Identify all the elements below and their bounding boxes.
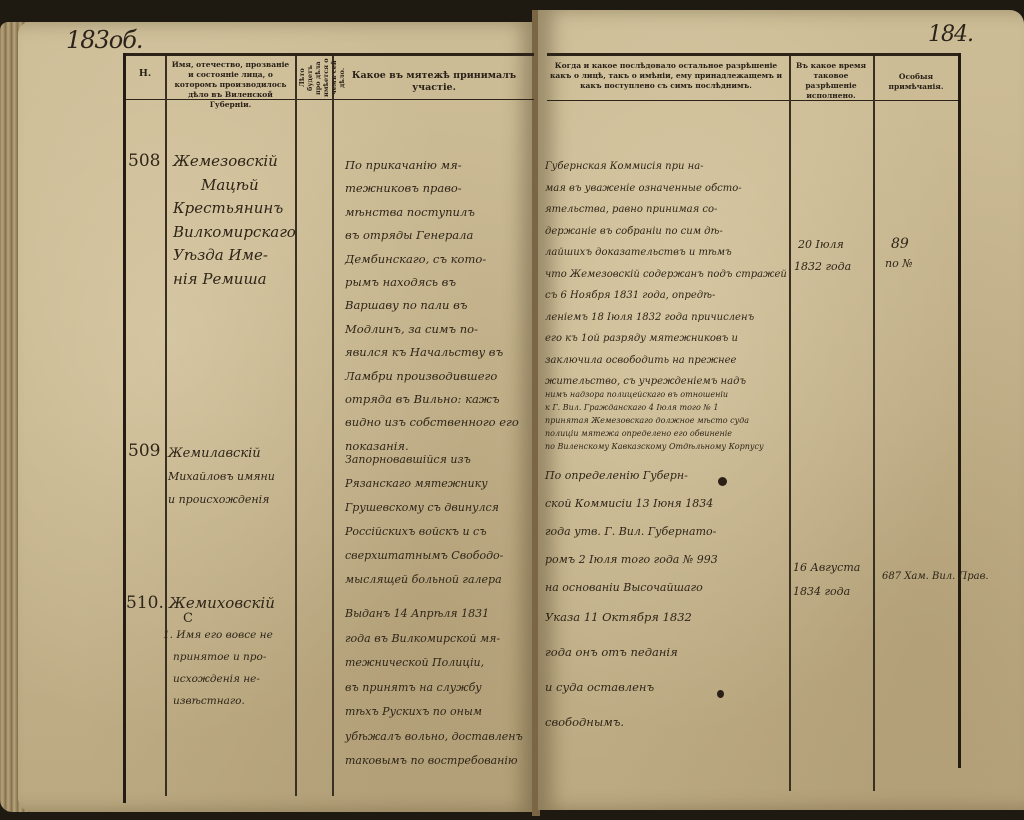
folio-number-left: 183об. xyxy=(66,26,143,54)
entry-508-executed: 20 Іюля 1832 года xyxy=(794,234,851,278)
entry-510-resolution: Указа 11 Октября 1832 года онъ отъ педан… xyxy=(545,600,692,740)
entry-509-participation: Запорновавшійся изъ Рязанскаго мятежнику… xyxy=(345,448,503,592)
table-top-rule-left xyxy=(124,53,534,56)
entry-508-name: Жемезовскій Мацѣй Крестьянинъ Вилкомирск… xyxy=(173,150,296,291)
table-left-border xyxy=(123,53,126,803)
entry-509-number: 509 xyxy=(128,440,160,464)
entry-510-number: 510. xyxy=(126,592,164,616)
entry-509-resolution: По определенію Губерн- ской Коммисіи 13 … xyxy=(545,462,718,602)
header-name: Имя, отечество, прозваніе и состояніе ли… xyxy=(168,60,293,110)
ledger-book-scan: 183об. 184. Н. Имя, отечество, прозваніе… xyxy=(0,0,1024,820)
col-rule-executed xyxy=(873,56,875,791)
header-participation: Какое въ мятежѣ принималъ участіе. xyxy=(336,70,532,94)
header-notes: Особыя примѣчанія. xyxy=(876,72,956,92)
table-top-rule-right xyxy=(547,53,959,56)
col-rule-resolution xyxy=(789,56,791,791)
col-rule-place xyxy=(332,56,334,796)
entry-508-number: 508 xyxy=(128,150,160,174)
entry-509-executed: 16 Августа 1834 года xyxy=(793,556,860,604)
entry-508-resolution: Губернская Коммисія при на- мая въ уваже… xyxy=(545,156,787,393)
entry-508-participation: По прикачанію мя- тежниковъ право- мѣнст… xyxy=(345,154,519,458)
table-right-border xyxy=(958,53,961,768)
header-bottom-rule-right xyxy=(547,100,959,101)
header-resolution: Когда и какое послѣдовало остальное разр… xyxy=(545,61,787,91)
header-case-place: Лѣто будетъ про дѣла имѣется о чемъ сей … xyxy=(298,58,330,98)
entry-510-participation: Выданъ 14 Апрѣля 1831 года въ Вилкомирск… xyxy=(345,602,523,774)
entry-508-resolution-smallprint: нимъ надзора полицейскаго въ отношеніи к… xyxy=(545,388,764,453)
entry-509-notes: 687 Хам. Вил. Прав. xyxy=(882,566,989,588)
entry-508-notes: 89 по № xyxy=(885,234,913,274)
folio-number-right: 184. xyxy=(928,22,973,47)
header-executed: Въ какое время таковое разрѣшеніе исполн… xyxy=(791,61,871,101)
header-number: Н. xyxy=(130,68,160,80)
entry-509-name: Жемилавскій Михайловъ имяни и происхожде… xyxy=(168,442,275,511)
entry-510-name: Жемиховскій С 1. Имя его вовсе не принят… xyxy=(163,592,275,712)
ink-blot xyxy=(717,690,724,698)
ink-blot xyxy=(718,477,727,486)
